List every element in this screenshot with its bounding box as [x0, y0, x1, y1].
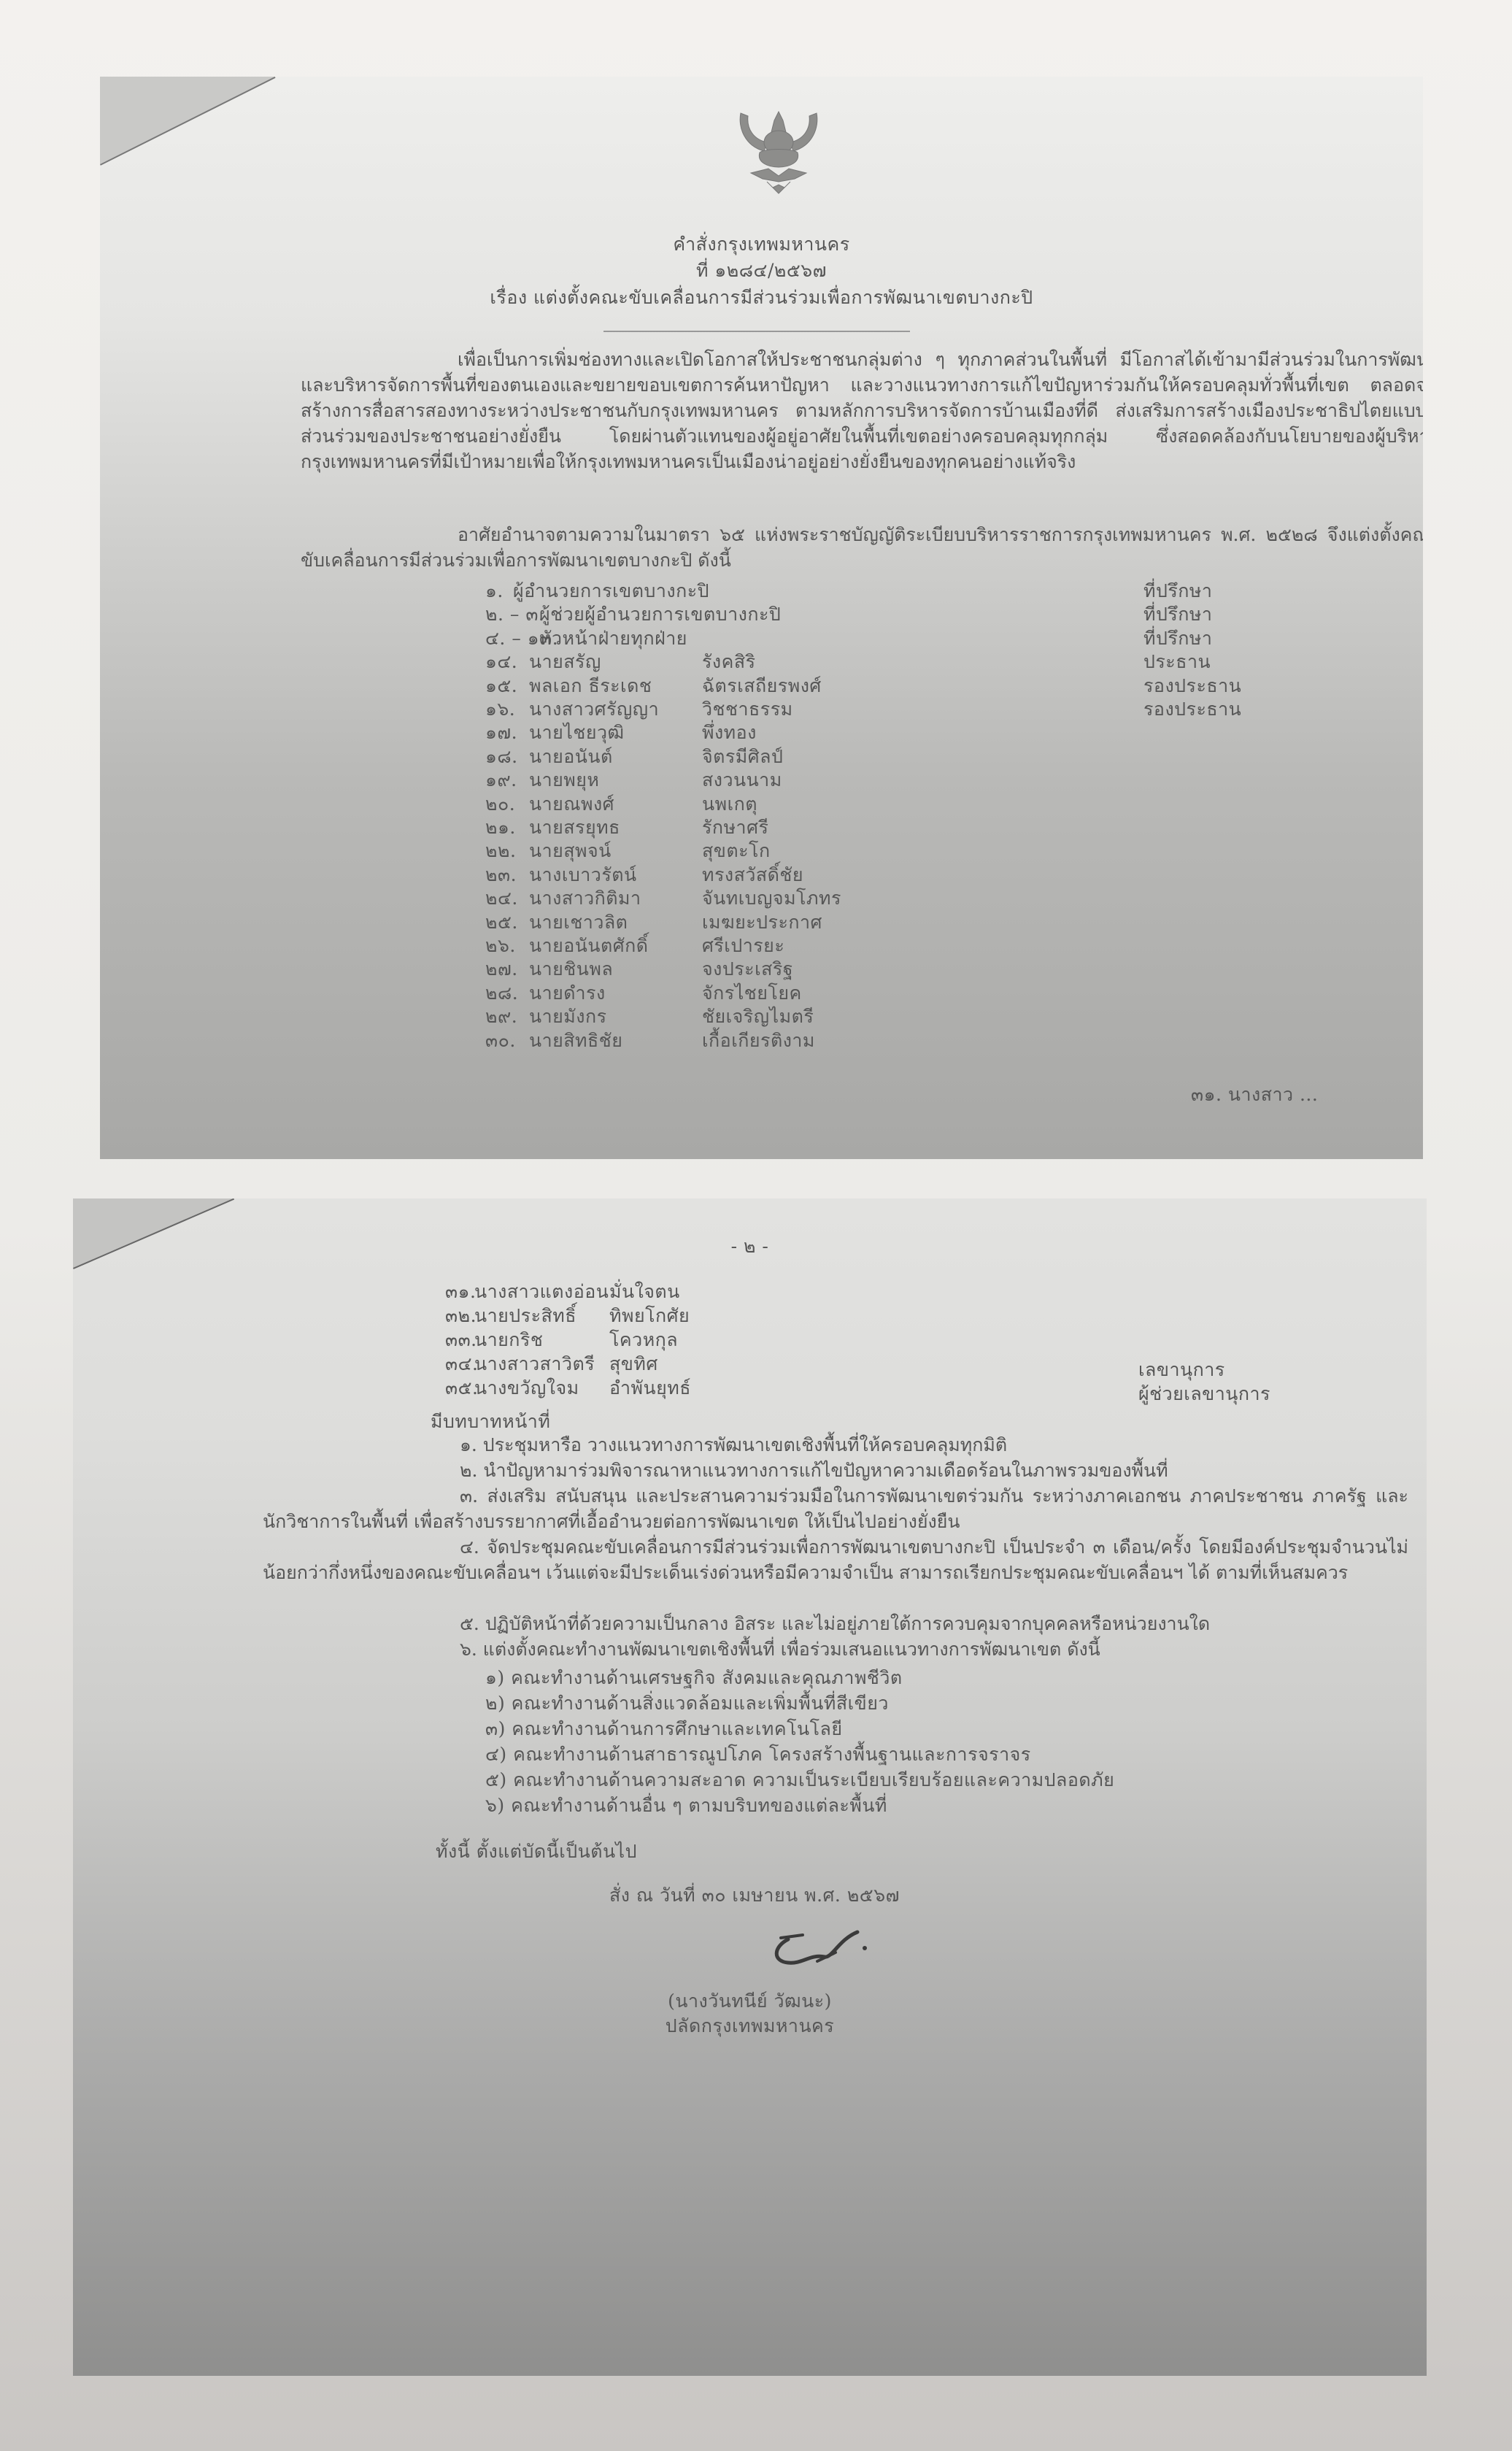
signer-title: ปลัดกรุงเทพมหานคร: [73, 2012, 1427, 2041]
duty-item: ๒. นำปัญหามาร่วมพิจารณาหาแนวทางการแก้ไขป…: [460, 1458, 1408, 1483]
continuation-note: ๓๑. นางสาว ...: [1191, 1080, 1318, 1109]
working-group-item: ๕) คณะทำงานด้านความสะอาด ความเป็นระเบียบ…: [485, 1766, 1114, 1795]
document-page-2: - ๒ - ๓๑.นางสาวแตงอ่อนมั่นใจตน๓๒.นายประส…: [73, 1198, 1427, 2376]
working-group-item: ๓) คณะทำงานด้านการศึกษาและเทคโนโลยี: [485, 1715, 843, 1744]
effective-clause: ทั้งนี้ ตั้งแต่บัดนี้เป็นต้นไป: [436, 1837, 637, 1866]
duty-item: ๖. แต่งตั้งคณะทำงานพัฒนาเขตเชิงพื้นที่ เ…: [460, 1636, 1408, 1662]
member-number: ๓๐.: [485, 1026, 516, 1055]
duty-item: ๔. จัดประชุมคณะขับเคลื่อนการมีส่วนร่วมเพ…: [263, 1534, 1408, 1585]
order-number: ที่ ๑๒๘๔/๒๕๖๗: [100, 256, 1423, 285]
intro-paragraph: เพื่อเป็นการเพิ่มช่องทางและเปิดโอกาสให้ป…: [301, 347, 1423, 474]
authority-paragraph: อาศัยอำนาจตามความในมาตรา ๖๕ แห่งพระราชบั…: [301, 522, 1423, 573]
member-first-name: นางขวัญใจม: [474, 1374, 579, 1403]
working-group-item: ๖) คณะทำงานด้านอื่น ๆ ตามบริบทของแต่ละพื…: [485, 1791, 887, 1820]
order-date: สั่ง ณ วันที่ ๓๐ เมษายน พ.ศ. ๒๕๖๗: [609, 1881, 900, 1910]
member-last-name: เกื้อเกียรติงาม: [702, 1026, 815, 1055]
member-number: ๓๕.: [445, 1374, 478, 1403]
signature-icon: [766, 1925, 876, 1976]
document-page-1: คำสั่งกรุงเทพมหานคร ที่ ๑๒๘๔/๒๕๖๗ เรื่อง…: [100, 77, 1423, 1159]
working-group-item: ๑) คณะทำงานด้านเศรษฐกิจ สังคมและคุณภาพชี…: [485, 1663, 903, 1693]
page-number: - ๒ -: [73, 1232, 1427, 1261]
garuda-emblem-icon: [735, 106, 822, 208]
member-first-name: นายสิทธิชัย: [529, 1026, 622, 1055]
working-group-item: ๒) คณะทำงานด้านสิ่งแวดล้อมและเพิ่มพื้นที…: [485, 1689, 889, 1718]
order-heading: คำสั่งกรุงเทพมหานคร: [100, 230, 1423, 259]
working-group-item: ๔) คณะทำงานด้านสาธารณูปโภค โครงสร้างพื้น…: [485, 1740, 1031, 1769]
duty-item: ๑. ประชุมหารือ วางแนวทางการพัฒนาเขตเชิงพ…: [460, 1432, 1408, 1458]
duty-item: ๕. ปฏิบัติหน้าที่ด้วยความเป็นกลาง อิสระ …: [460, 1611, 1408, 1636]
order-subject: เรื่อง แต่งตั้งคณะขับเคลื่อนการมีส่วนร่ว…: [100, 283, 1423, 312]
member-last-name: อำพันยุทธ์: [609, 1374, 691, 1403]
member-role: ผู้ช่วยเลขานุการ: [1138, 1380, 1270, 1409]
member-role: รองประธาน: [1143, 695, 1241, 724]
duty-item: ๓. ส่งเสริม สนับสนุน และประสานความร่วมมื…: [263, 1483, 1408, 1534]
heading-divider: [603, 331, 910, 332]
